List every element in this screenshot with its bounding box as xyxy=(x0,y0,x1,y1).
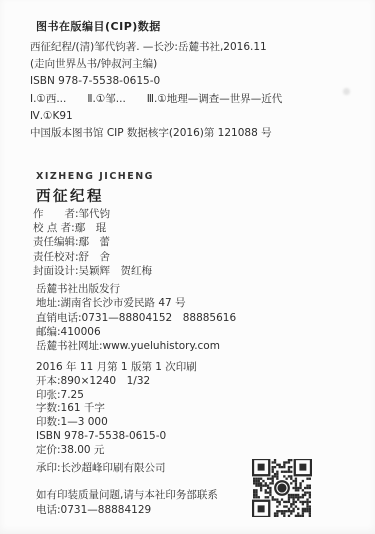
credit-label: 责任校对: xyxy=(33,251,79,263)
credits-block: 作 者:邹代钧 校 点 者:鄢 琨 责任编辑:鄢 蕾 责任校对:舒 舍 封面设计… xyxy=(33,207,152,278)
copyright-page: 图书在版编目(CIP)数据 西征纪程/(清)邹代钧著. —长沙:岳麓书社,201… xyxy=(0,0,375,534)
price: 定价:38.00 元 xyxy=(36,444,197,458)
credit-value: 鄢 琨 xyxy=(75,222,107,234)
print-format: 开本:890×1240 1/32 xyxy=(36,375,197,389)
print-wordcount: 字数:161 千字 xyxy=(36,402,197,416)
qr-code-svg xyxy=(252,459,312,517)
credit-row: 作 者:邹代钧 xyxy=(33,207,152,221)
credit-label: 作 者: xyxy=(33,208,79,220)
contact-phone: 电话:0731—88884129 xyxy=(36,503,218,518)
credit-label: 校 点 者: xyxy=(33,222,75,234)
credit-label: 封面设计: xyxy=(33,265,79,277)
credit-value: 舒 舍 xyxy=(79,251,111,263)
print-edition: 2016 年 11 月第 1 版第 1 次印刷 xyxy=(36,361,197,375)
publisher-website: 岳麓书社网址:www.yueluhistory.com xyxy=(36,339,236,353)
cip-line: (走向世界丛书/钟叔河主编) xyxy=(30,56,361,73)
book-title-pinyin: XIZHENG JICHENG xyxy=(36,171,154,182)
publisher-address: 地址:湖南省长沙市爱民路 47 号 xyxy=(36,296,236,310)
cip-line: 中国版本图书馆 CIP 数据核字(2016)第 121088 号 xyxy=(30,125,361,142)
credit-label: 责任编辑: xyxy=(33,236,79,248)
cip-line: ISBN 978-7-5538-0615-0 xyxy=(30,73,361,90)
printer-line: 承印:长沙超峰印刷有限公司 xyxy=(36,460,166,475)
credit-row: 校 点 者:鄢 琨 xyxy=(33,221,152,235)
credit-value: 鄢 蕾 xyxy=(79,236,111,248)
cip-line: Ⅰ.①西... Ⅱ.①邹... Ⅲ.①地理—调查—世界—近代 xyxy=(30,91,361,108)
cip-block: 西征纪程/(清)邹代钧著. —长沙:岳麓书社,2016.11 (走向世界丛书/钟… xyxy=(30,39,361,142)
cip-line: 西征纪程/(清)邹代钧著. —长沙:岳麓书社,2016.11 xyxy=(30,39,361,56)
quality-notice: 如有印装质量问题,请与本社印务部联系 xyxy=(36,488,218,503)
print-sheets: 印张:7.25 xyxy=(36,389,197,403)
credit-row: 责任编辑:鄢 蕾 xyxy=(33,235,152,249)
contact-block: 如有印装质量问题,请与本社印务部联系 电话:0731—88884129 xyxy=(36,488,218,518)
cip-heading: 图书在版编目(CIP)数据 xyxy=(36,18,161,34)
credit-row: 封面设计:吴颖辉 贺红梅 xyxy=(33,264,152,278)
printing-block: 2016 年 11 月第 1 版第 1 次印刷 开本:890×1240 1/32… xyxy=(36,361,197,458)
title-block: XIZHENG JICHENG 西征纪程 xyxy=(36,171,154,206)
scan-artifact xyxy=(343,88,350,95)
publisher-block: 岳麓书社出版发行 地址:湖南省长沙市爱民路 47 号 直销电话:0731—888… xyxy=(36,282,236,353)
qr-code xyxy=(252,459,312,517)
credit-value: 邹代钧 xyxy=(79,208,111,220)
print-run: 印数:1—3 000 xyxy=(36,416,197,430)
isbn: ISBN 978-7-5538-0615-0 xyxy=(36,430,197,444)
publisher-phone: 直销电话:0731—88804152 88885616 xyxy=(36,311,236,325)
credit-row: 责任校对:舒 舍 xyxy=(33,250,152,264)
publisher-postcode: 邮编:410006 xyxy=(36,325,236,339)
publisher-line: 岳麓书社出版发行 xyxy=(36,282,236,296)
cip-line: Ⅳ.①K91 xyxy=(30,108,361,125)
book-title: 西征纪程 xyxy=(36,185,154,206)
credit-value: 吴颖辉 贺红梅 xyxy=(79,265,153,277)
